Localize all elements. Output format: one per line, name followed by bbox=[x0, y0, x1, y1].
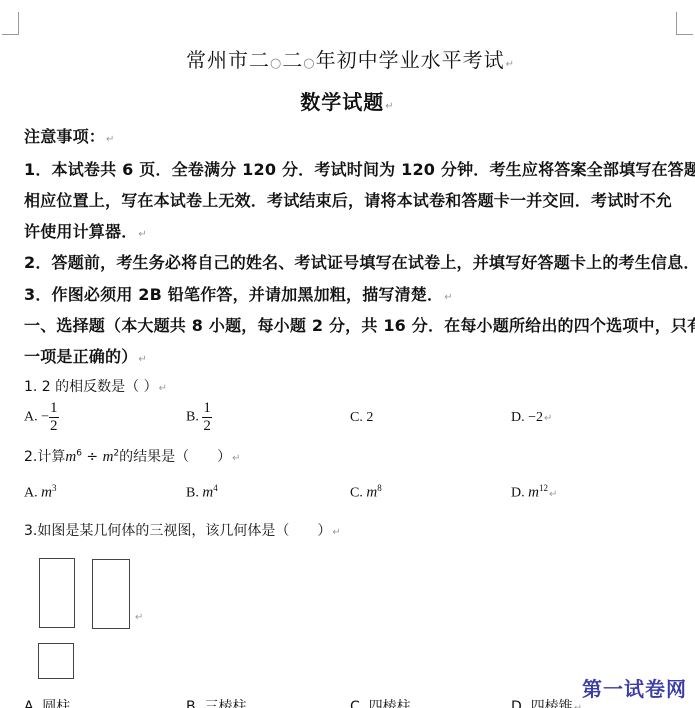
paragraph-mark-icon: ↵ bbox=[332, 527, 340, 538]
paragraph-mark-icon: ↵ bbox=[544, 413, 552, 424]
notice-line: 许使用计算器．↵ bbox=[24, 219, 147, 242]
question-1-option-d: D. −2↵ bbox=[511, 410, 552, 426]
page-corner-mark-top-right bbox=[676, 12, 693, 35]
watermark-logo: 第一试卷网 bbox=[582, 673, 687, 702]
paragraph-mark-icon: ↵ bbox=[135, 612, 143, 623]
paragraph-mark-icon: ↵ bbox=[159, 383, 167, 394]
title-text: 常州市二 bbox=[186, 48, 270, 72]
paragraph-mark-icon: ↵ bbox=[549, 489, 557, 500]
notice-heading: 注意事项：↵ bbox=[24, 124, 115, 147]
paragraph-mark-icon: ↵ bbox=[138, 229, 147, 240]
title-text: 二 bbox=[282, 48, 303, 72]
title-zero: ○ bbox=[303, 56, 315, 71]
question-2-stem: 2.计算m6 ÷ m2的结果是（ ）↵ bbox=[24, 446, 241, 466]
question-3-option-a: A. 圆柱 bbox=[24, 696, 70, 708]
question-1-option-a: A. −12 bbox=[24, 400, 59, 435]
top-view-square bbox=[38, 643, 74, 679]
paragraph-mark-icon: ↵ bbox=[506, 59, 515, 70]
paragraph-mark-icon: ↵ bbox=[232, 453, 240, 464]
paragraph-mark-icon: ↵ bbox=[444, 292, 453, 303]
side-view-rectangle bbox=[92, 559, 130, 629]
paragraph-mark-icon: ↵ bbox=[106, 134, 115, 145]
exam-subtitle: 数学试题↵ bbox=[0, 86, 695, 115]
question-2-option-d: D. m12↵ bbox=[511, 483, 557, 502]
fraction: 12 bbox=[202, 400, 212, 435]
paragraph-mark-icon: ↵ bbox=[574, 703, 582, 708]
paragraph-mark-icon: ↵ bbox=[138, 354, 147, 365]
section-heading: 一、选择题（本大题共 8 小题，每小题 2 分，共 16 分．在每小题所给出的四… bbox=[24, 313, 695, 336]
section-heading: 一项是正确的）↵ bbox=[24, 344, 147, 367]
question-1-option-c: C. 2 bbox=[350, 410, 373, 426]
question-3-option-d: D. 四棱锥↵ bbox=[511, 696, 582, 708]
question-3-stem: 3.如图是某几何体的三视图，该几何体是（ ）↵ bbox=[24, 520, 341, 540]
notice-line: 3．作图必须用 2B 铅笔作答，并请加黑加粗，描写清楚．↵ bbox=[24, 282, 453, 305]
exam-title: 常州市二○二○年初中学业水平考试↵ bbox=[0, 44, 695, 73]
notice-line: 1．本试卷共 6 页．全卷满分 120 分．考试时间为 120 分钟．考生应将答… bbox=[24, 157, 695, 180]
question-2-option-b: B. m4 bbox=[186, 483, 218, 502]
question-1-stem: 1. 2 的相反数是（ ）↵ bbox=[24, 376, 167, 396]
fraction: 12 bbox=[49, 400, 59, 435]
page-corner-mark-top-left bbox=[2, 12, 19, 35]
question-2-option-c: C. m8 bbox=[350, 483, 382, 502]
question-2-option-a: A. m3 bbox=[24, 483, 56, 502]
question-3-option-c: C. 四棱柱 bbox=[350, 696, 411, 708]
notice-line: 相应位置上，写在本试卷上无效．考试结束后，请将本试卷和答题卡一并交回．考试时不允 bbox=[24, 188, 672, 211]
title-text: 年初中学业水平考试 bbox=[316, 48, 505, 72]
title-zero: ○ bbox=[270, 56, 282, 71]
subtitle-text: 数学试题 bbox=[300, 90, 384, 114]
notice-line: 2．答题前，考生务必将自己的姓名、考试证号填写在试卷上，并填写好答题卡上的考生信… bbox=[24, 250, 695, 273]
question-1-option-b: B. 12 bbox=[186, 400, 212, 435]
paragraph-mark-icon: ↵ bbox=[385, 101, 394, 112]
front-view-rectangle bbox=[39, 558, 75, 628]
question-3-option-b: B. 三棱柱 bbox=[186, 696, 247, 708]
